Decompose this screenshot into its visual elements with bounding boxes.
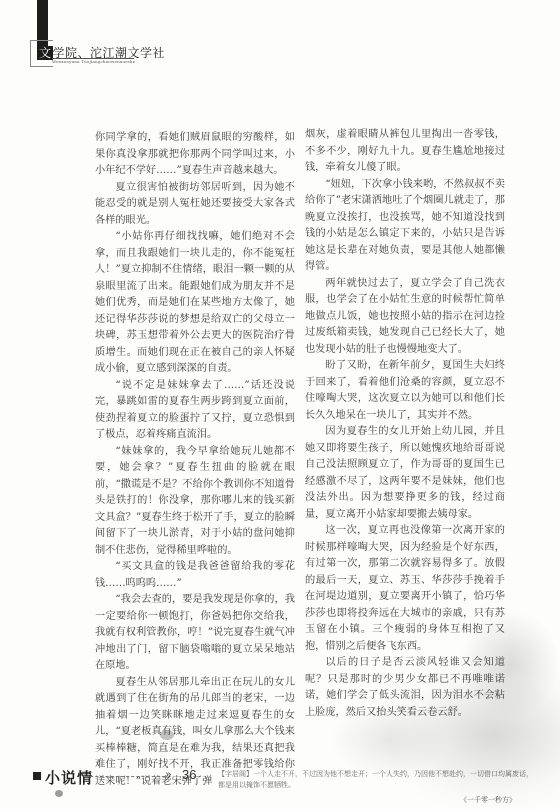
paragraph: 因为夏春生的女儿开始上幼儿园，并且她又即将要生孩子，所以她愧疚地给哥哥说自己没法… [305,424,505,523]
article-column-left: 你同学拿的，看她们贼眉鼠眼的穷酸样，如果你真没拿那就把你那两个同学叫过来，小小年… [95,130,295,790]
paragraph: 两年就快过去了，夏立学会了自己洗衣服，也学会了在小姑忙生意的时候帮忙简单地做点儿… [305,276,505,359]
magazine-section-name: 小说情 [45,767,93,788]
falling-petal-icon [55,790,63,797]
paragraph: 你同学拿的，看她们贼眉鼠眼的穷酸样，如果你真没拿那就把你那两个同学叫过来，小小年… [95,130,295,180]
paragraph: 这一次，夏立再也没像第一次离开家的时候那样嚎啕大哭，因为经验是个好东西，有过第一… [305,523,505,655]
paragraph: “妹妹拿的，我今早拿给她玩儿她都不要，她会拿？”夏春生扭曲的脸就在眼前，“撒谎是… [95,444,295,560]
paragraph: 烟灰，虚着眼睛从裤包儿里掏出一沓零钱，不多不少，刚好九十九。夏春生尴尬地接过钱，… [305,127,505,177]
paragraph: “我会去查的，要是我发现是你拿的，我一定要给你一顿饱打，你爸妈把你交给我，我就有… [95,592,295,675]
dotted-leader [85,776,165,777]
article-column-right: 烟灰，虚着眼睛从裤包儿里掏出一沓零钱，不多不少，刚好九十九。夏春生尴尬地接过钱，… [305,127,505,721]
page-number: 36 [182,767,196,782]
footer-quote: 【字居阁】一个人走不开，不过因为他不想走开；一个人失约，乃因他不想赴约，一切借口… [218,769,538,791]
paragraph: “买文具盒的钱是我爸爸留给我的零花钱……呜呜呜……” [95,559,295,592]
section-title-first-char: 文 [38,46,53,60]
paragraph: “小姑你再仔细找找嘛，她们绝对不会拿，而且我跟她们一块儿走的，你不能冤枉人！”夏… [95,229,295,378]
quote-source: 《一千零一秒方》 [460,795,516,805]
section-subtitle: Wenxueyuan Tuojiangchaowenxueshe [52,59,135,64]
paragraph: 以后的日子是否云淡风轻谁又会知道呢？只是那时的少男少女都已不再唯唯诺诺，她们学会… [305,655,505,721]
square-bullet-icon [33,772,41,780]
double-chevron-icon: » [165,768,172,781]
paragraph: 夏立很害怕被街坊邻居听到，因为她不能忍受的就是别人冤枉她还要接受大家各式各样的眼… [95,180,295,230]
paragraph: 盼了又盼，在新年前夕，夏国生夫妇终于回来了，看着他们沧桑的容颜，夏立忍不住嚎啕大… [305,358,505,424]
paragraph: “说不定是妹妹拿去了……”话还没说完，暴跳如雷的夏春生两步跨到夏立面前，使劲捏着… [95,378,295,444]
paragraph: “妞妞，下次拿小钱来哟，不然叔叔不卖给你了”老宋潇洒地吐了个烟圈儿就走了，那晚夏… [305,177,505,276]
